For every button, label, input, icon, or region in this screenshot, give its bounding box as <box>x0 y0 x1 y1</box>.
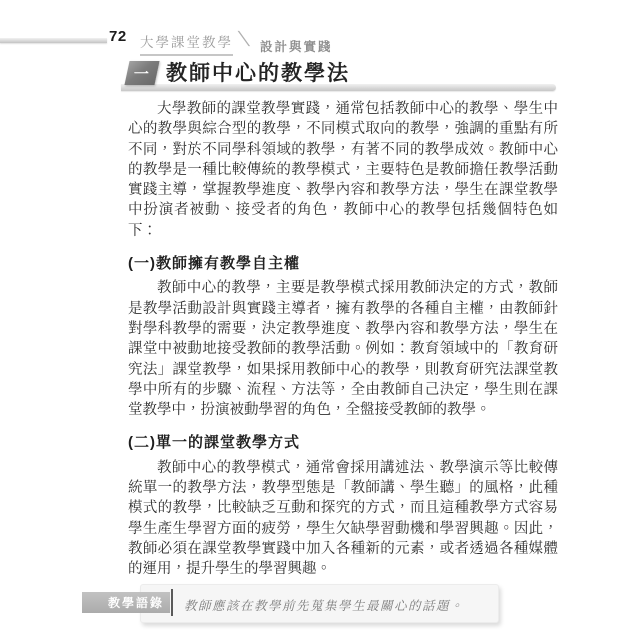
book-title: 大學課堂教學 <box>140 31 233 56</box>
body-content: 大學教師的課堂教學實踐，通常包括教師中心的教學、學生中心的教學與綜合型的教學，不… <box>128 99 558 580</box>
page-number: 72 <box>109 28 127 45</box>
quote-separator-line <box>171 589 173 616</box>
quote-text: 教師應該在教學前先蒐集學生最關心的話題。 <box>184 596 484 614</box>
header-rule <box>0 38 107 43</box>
section-title: 教師中心的教學法 <box>166 57 350 87</box>
header-separator-mark: ╲ <box>238 31 249 47</box>
book-subtitle: 設計與實踐 <box>260 37 333 55</box>
subheading-2: (二)單一的課堂教學方式 <box>128 433 558 453</box>
intro-paragraph: 大學教師的課堂教學實踐，通常包括教師中心的教學、學生中心的教學與綜合型的教學，不… <box>128 99 558 241</box>
quote-label: 教學語錄 <box>82 592 170 613</box>
subsection-1-paragraph: 教師中心的教學，主要是教學模式採用教師決定的方式，教師是教學活動設計與實踐主導者… <box>128 278 558 420</box>
subheading-1: (一)教師擁有教學自主權 <box>128 254 558 274</box>
section-number-badge: 一 <box>124 61 159 85</box>
subsection-2-paragraph: 教師中心的教學模式，通常會採用講述法、教學演示等比較傳統單一的教學方法，教學型態… <box>128 458 558 580</box>
book-page: 72 大學課堂教學 ╲ 設計與實踐 一 教師中心的教學法 大學教師的課堂教學實踐… <box>0 0 640 640</box>
section-number: 一 <box>134 63 149 84</box>
